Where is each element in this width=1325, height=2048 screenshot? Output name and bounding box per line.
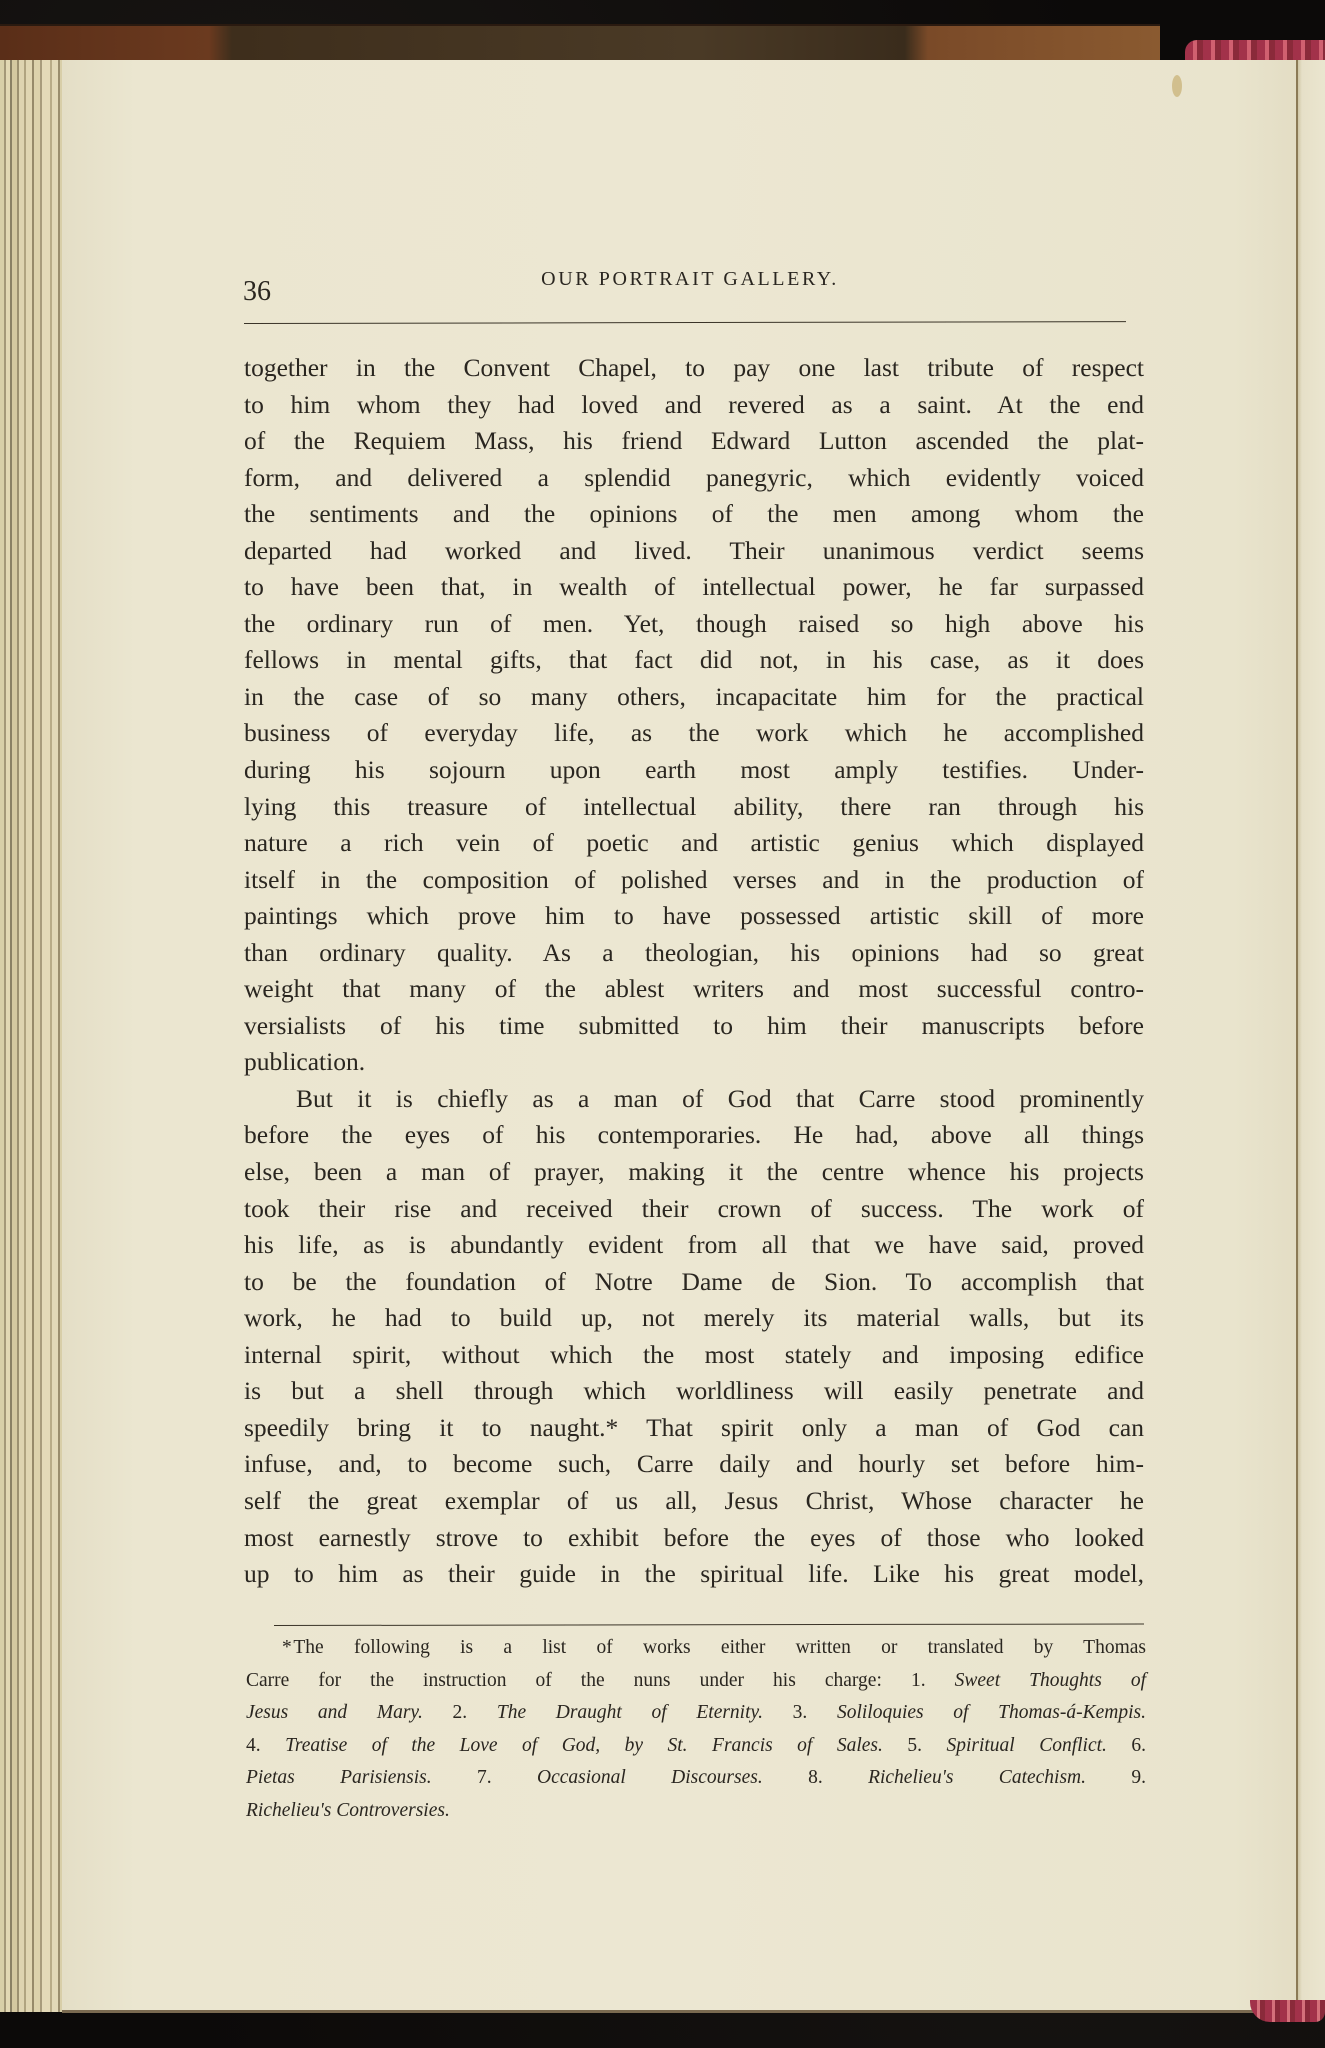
text-line: most earnestly strove to exhibit before … <box>244 1520 1144 1557</box>
footnote-line: Pietas Parisiensis. 7. Occasional Discou… <box>246 1762 1146 1795</box>
text-line: paintings which prove him to have posses… <box>244 898 1144 935</box>
text-line: together in the Convent Chapel, to pay o… <box>244 350 1144 387</box>
text-line-paragraph-start: But it is chiefly as a man of God that C… <box>244 1081 1144 1118</box>
text-line: work, he had to build up, not merely its… <box>244 1300 1144 1337</box>
footnote-line: Richelieu's Controversies. <box>246 1795 1146 1828</box>
text-line: lying this treasure of intellectual abil… <box>244 789 1144 826</box>
footnote-line: 4. Treatise of the Love of God, by St. F… <box>246 1730 1146 1763</box>
text-line: weight that many of the ablest writers a… <box>244 971 1144 1008</box>
headband-bottom-right <box>1250 2000 1325 2022</box>
text-line: than ordinary quality. As a theologian, … <box>244 935 1144 972</box>
text-line: to him whom they had loved and revered a… <box>244 387 1144 424</box>
footnote-line: Carre for the instruction of the nuns un… <box>246 1665 1146 1698</box>
text-line: the ordinary run of men. Yet, though rai… <box>244 606 1144 643</box>
page-number: 36 <box>243 276 271 308</box>
text-line: fellows in mental gifts, that fact did n… <box>244 642 1144 679</box>
text-line: form, and delivered a splendid panegyric… <box>244 460 1144 497</box>
text-line: of the Requiem Mass, his friend Edward L… <box>244 423 1144 460</box>
text-line: the sentiments and the opinions of the m… <box>244 496 1144 533</box>
page-stack-edges <box>0 60 64 2012</box>
running-title: OUR PORTRAIT GALLERY. <box>300 268 1080 291</box>
text-line: during his sojourn upon earth most amply… <box>244 752 1144 789</box>
text-line: took their rise and received their crown… <box>244 1191 1144 1228</box>
footnote: * The following is a list of works eithe… <box>246 1632 1146 1827</box>
paper-stain <box>1172 75 1182 97</box>
text-line: up to him as their guide in the spiritua… <box>244 1556 1144 1593</box>
text-line: nature a rich vein of poetic and artisti… <box>244 825 1144 862</box>
text-line-paragraph-end: publication. <box>244 1044 1144 1081</box>
page-gutter-fold <box>1296 60 1325 2010</box>
body-text: together in the Convent Chapel, to pay o… <box>244 350 1144 1593</box>
text-line: before the eyes of his contemporaries. H… <box>244 1117 1144 1154</box>
text-line: internal spirit, without which the most … <box>244 1337 1144 1374</box>
footnote-line: * The following is a list of works eithe… <box>246 1632 1146 1665</box>
text-line: self the great exemplar of us all, Jesus… <box>244 1483 1144 1520</box>
text-line: is but a shell through which worldliness… <box>244 1373 1144 1410</box>
text-line: his life, as is abundantly evident from … <box>244 1227 1144 1264</box>
text-line: in the case of so many others, incapacit… <box>244 679 1144 716</box>
text-line: to have been that, in wealth of intellec… <box>244 569 1144 606</box>
text-line: to be the foundation of Notre Dame de Si… <box>244 1264 1144 1301</box>
text-line: else, been a man of prayer, making it th… <box>244 1154 1144 1191</box>
text-line: business of everyday life, as the work w… <box>244 715 1144 752</box>
text-line: itself in the composition of polished ve… <box>244 862 1144 899</box>
footnote-line: Jesus and Mary. 2. The Draught of Eterni… <box>246 1697 1146 1730</box>
footnote-marker: * <box>282 1637 292 1658</box>
text-line: speedily bring it to naught.* That spiri… <box>244 1410 1144 1447</box>
text-line: versialists of his time submitted to him… <box>244 1008 1144 1045</box>
text-line: infuse, and, to become such, Carre daily… <box>244 1446 1144 1483</box>
text-line: departed had worked and lived. Their una… <box>244 533 1144 570</box>
